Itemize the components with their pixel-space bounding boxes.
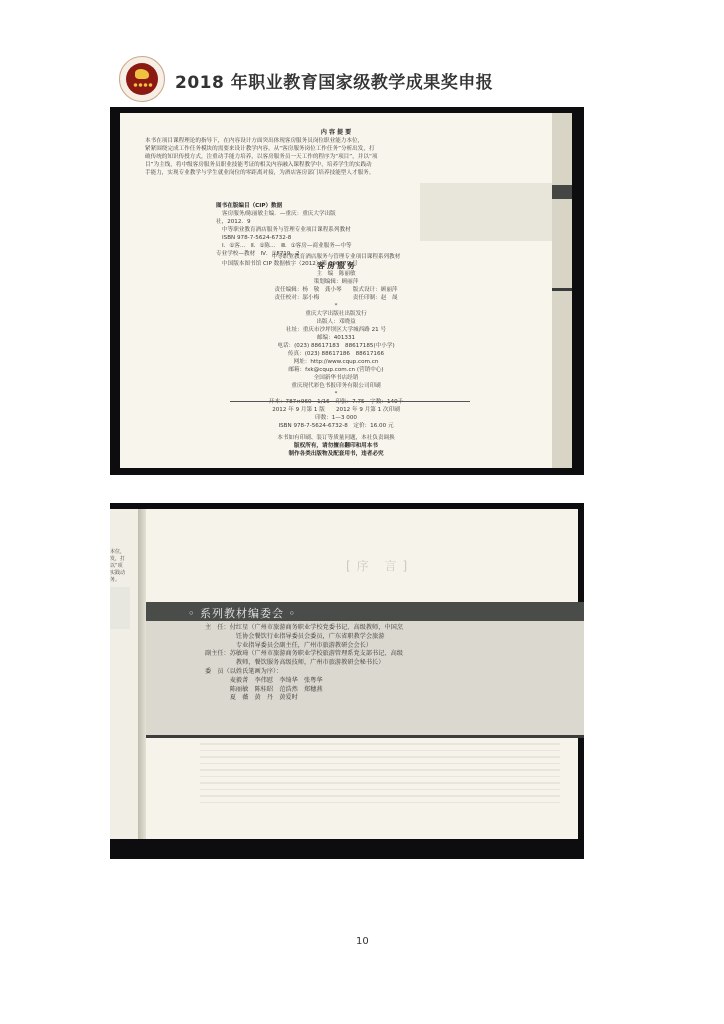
- print-run: 印数：1—3 000: [120, 414, 552, 422]
- abstract-line: 本书在项目课程理论的指导下，在内容设计方面突出体现客房服务员岗位职业能力本位，: [145, 137, 555, 145]
- edition-info: 2012 年 9 月第 1 版 2012 年 9 月第 1 次印刷: [120, 406, 552, 414]
- cip-line: 社，2012．9: [216, 218, 358, 226]
- piracy-warning: 制作各类出版物及配套用书，违者必究: [120, 450, 552, 458]
- staff-line: 责任编辑：杨 敬 龚小琴 版式设计：顾丽萍: [120, 286, 552, 294]
- cip-line: ISBN 978-7-5624-6732-8: [216, 234, 358, 242]
- faint-heading: [序 言]: [346, 557, 413, 574]
- separator-star: *: [120, 390, 552, 398]
- scanned-copyright-page-photo: 内 容 提 要 本书在项目课程理论的指导下，在内容设计方面突出体现客房服务员岗位…: [110, 107, 584, 475]
- publisher: 重庆大学出版社出版发行: [120, 310, 552, 318]
- book-title: 客 房 服 务: [120, 261, 552, 270]
- committee-title: ◦ 系列教材编委会 ◦: [188, 605, 296, 621]
- faint-bleed-through-text: [200, 743, 560, 808]
- cip-heading: 图书在版编目（CIP）数据: [216, 202, 358, 210]
- phone: 电话：(023) 88617183 88617185(中小学): [120, 342, 552, 350]
- abstract-line: 目”为主线，将中级客房服务员职业技能考证的相关内容融入课程教学中，培养学生的实践…: [145, 161, 555, 169]
- fragment-line: 务。: [110, 577, 125, 584]
- book-spine: [138, 509, 146, 839]
- committee-row: 教师，餐饮服务高级技师，广州市旅游教研会秘书长）: [205, 659, 403, 668]
- isbn-price: ISBN 978-7-5624-6732-8 定价：16.00 元: [120, 422, 552, 430]
- cip-line: Ⅰ．①客… Ⅱ．①陈… Ⅲ．①客房—商业服务—中等: [216, 242, 358, 250]
- rights-notice: 版权所有，请勿擅自翻印和用本书: [120, 442, 552, 450]
- planning-editor: 策划编辑：顾丽萍: [120, 278, 552, 286]
- series-name: 中等职业教育酒店服务与管理专业项目课程系列教材: [120, 253, 552, 261]
- cip-line: 中等职业教育酒店服务与管理专业项目课程系列教材: [216, 226, 358, 234]
- editor: 主 编 陈丽敏: [120, 270, 552, 278]
- email: 邮箱：fxk@cqup.com.cn (营销中心): [120, 366, 552, 374]
- postcode: 邮编：401331: [120, 334, 552, 342]
- staff-line: 责任校对：邬小梅 责任印制：赵 晟: [120, 294, 552, 302]
- committee-row: 麦毅菁 李伟慰 李绮华 张粤华: [205, 677, 403, 686]
- fragment-line: 以“项: [110, 563, 125, 570]
- abstract-line: 手能力，实现专业教学与学生就业岗位的零距离对接，为酒店客房部门培养技能型人才服务…: [145, 169, 555, 177]
- school-emblem-icon: [119, 56, 165, 102]
- committee-row: 饪协会餐饮行业指导委员会委员，广东省职教学会旅游: [205, 633, 403, 642]
- format-info: 开本：787×960 1/16 印张：7.75 字数：140千: [120, 398, 552, 406]
- scanned-committee-page-photo: 本位， 发，打 以“项 实践动 务。 [序 言] ◦ 系列教材编委会 ◦ 主 任…: [110, 503, 584, 859]
- quality-notice: 本书如有印刷、装订等质量问题，本社负责调换: [120, 434, 552, 442]
- colophon: 中等职业教育酒店服务与管理专业项目课程系列教材 客 房 服 务 主 编 陈丽敏 …: [120, 253, 552, 458]
- committee-row: 副主任：苏敏琦（广州市旅游商务职业学校旅游管理系党支部书记、高级: [205, 650, 403, 659]
- fax: 传真：(023) 88617186 88617166: [120, 350, 552, 358]
- abstract-heading: 内 容 提 要: [120, 127, 552, 136]
- adjacent-page-edge: [552, 113, 572, 468]
- separator-star: *: [120, 302, 552, 310]
- abstract-line: 破传统的知识传授方式，注重动手能力培养，以客房服务员一天工作的程序为“项目”，并…: [145, 153, 555, 161]
- previous-page-edge: 本位， 发，打 以“项 实践动 务。: [110, 509, 138, 839]
- committee-row: 夏 薇 黄 丹 黄爱时: [205, 694, 403, 703]
- abstract-line: 紧紧围绕完成工作任务模块的需要来设计教学内容，从“客房服务岗位工作任务”分析出发…: [145, 145, 555, 153]
- abstract-text: 本书在项目课程理论的指导下，在内容设计方面突出体现客房服务员岗位职业能力本位， …: [145, 137, 555, 177]
- divider: [146, 735, 584, 738]
- committee-row: 委 员（以姓氏笔画为序）：: [205, 668, 403, 677]
- copyright-page: 内 容 提 要 本书在项目课程理论的指导下，在内容设计方面突出体现客房服务员岗位…: [120, 113, 552, 468]
- distributor: 全国新华书店经销: [120, 374, 552, 382]
- page-number: 10: [356, 936, 369, 947]
- committee-row: 主 任：付红星（广州市旅游商务职业学校党委书记、高级教师，中国烹: [205, 624, 403, 633]
- website: 网址：http://www.cqup.com.cn: [120, 358, 552, 366]
- fragment-line: 发，打: [110, 556, 125, 563]
- cip-line: 客房服务/陈丽敏主编．—重庆：重庆大学出版: [216, 210, 358, 218]
- page-title: 2018 年职业教育国家级教学成果奖申报: [175, 68, 493, 93]
- publisher-address: 社址：重庆市沙坪坝区大学城西路 21 号: [120, 326, 552, 334]
- publisher-person: 出版人：邓晓益: [120, 318, 552, 326]
- committee-list: 主 任：付红星（广州市旅游商务职业学校党委书记、高级教师，中国烹 饪协会餐饮行业…: [205, 624, 403, 703]
- fragment-line: 实践动: [110, 570, 125, 577]
- printer: 重庆现代彩色书报印务有限公司印刷: [120, 382, 552, 390]
- document-header: 2018 年职业教育国家级教学成果奖申报: [0, 0, 724, 105]
- fragment-line: 本位，: [110, 549, 125, 556]
- divider: [230, 401, 470, 402]
